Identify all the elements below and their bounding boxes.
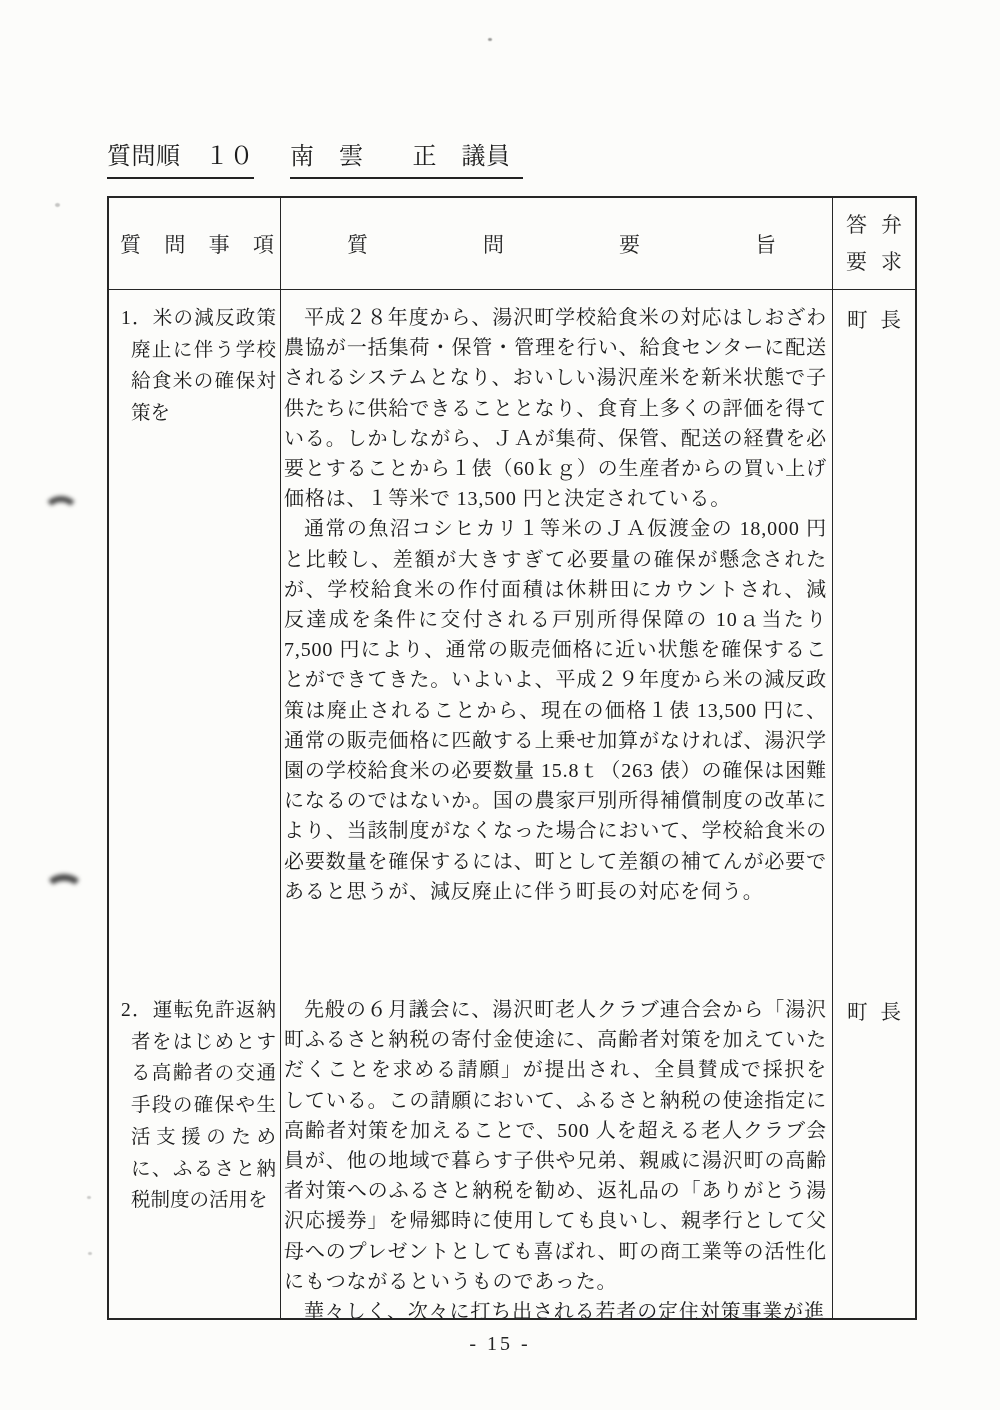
- header-answer-request: 答弁 要求: [833, 198, 915, 290]
- header-answer-request-line2: 要求: [833, 244, 915, 281]
- respondent-cell: 町長: [833, 982, 915, 1320]
- respondent-label: 町長: [847, 303, 901, 333]
- respondent-cell: 町長: [833, 290, 915, 982]
- page-number: - 15 -: [0, 1333, 1000, 1356]
- question-summary-cell: 先般の６月議会に、湯沢町老人クラブ連合会から「湯沢町ふるさと納税の寄付金使途に、…: [281, 982, 833, 1320]
- respondent-label: 町長: [847, 995, 901, 1025]
- header-question-summary: 質問要旨: [281, 198, 833, 290]
- question-item-cell: 1．米の減反政策廃止に伴う学校給食米の確保対策を: [109, 290, 281, 982]
- summary-paragraph: 通常の魚沼コシヒカリ１等米のＪＡ仮渡金の 18,000 円と比較し、差額が大きす…: [284, 514, 827, 907]
- header-question-item-label: 質問事項: [109, 229, 280, 259]
- question-summary-cell: 平成２８年度から、湯沢町学校給食米の対応はしおざわ農協が一括集荷・保管・管理を行…: [281, 290, 833, 982]
- header-answer-request-line1: 答弁: [833, 207, 915, 244]
- document-title: 質問順 １０南 雲 正 議員: [107, 140, 523, 179]
- punch-hole-artifact: [44, 874, 84, 907]
- summary-paragraph: 平成２８年度から、湯沢町学校給食米の対応はしおざわ農協が一括集荷・保管・管理を行…: [284, 303, 827, 514]
- scan-speck: [55, 203, 60, 207]
- header-question-item: 質問事項: [109, 198, 281, 290]
- question-item-cell: 2．運転免許返納者をはじめとする高齢者の交通手段の確保や生活支援のために、ふるさ…: [109, 982, 281, 1320]
- questions-table: 質問事項 質問要旨 答弁 要求 1．米の減反政策廃止に伴う学校給食米の確保対策を…: [107, 196, 917, 1320]
- member-name-label: 南 雲 正 議員: [290, 140, 523, 179]
- question-order-label: 質問順 １０: [107, 140, 254, 179]
- summary-paragraph: 華々しく、次々に打ち出される若者の定住対策事業が進: [284, 1297, 827, 1320]
- summary-paragraph: 先般の６月議会に、湯沢町老人クラブ連合会から「湯沢町ふるさと納税の寄付金使途に、…: [284, 995, 827, 1297]
- scan-speck: [488, 38, 492, 41]
- scan-speck: [88, 1252, 92, 1255]
- scan-speck: [87, 1196, 91, 1199]
- header-question-summary-label: 質問要旨: [281, 229, 832, 259]
- scanned-document-page: 質問順 １０南 雲 正 議員 質問事項 質問要旨 答弁 要求 1．米の減反政策廃…: [0, 0, 1000, 1410]
- punch-hole-artifact: [42, 496, 80, 532]
